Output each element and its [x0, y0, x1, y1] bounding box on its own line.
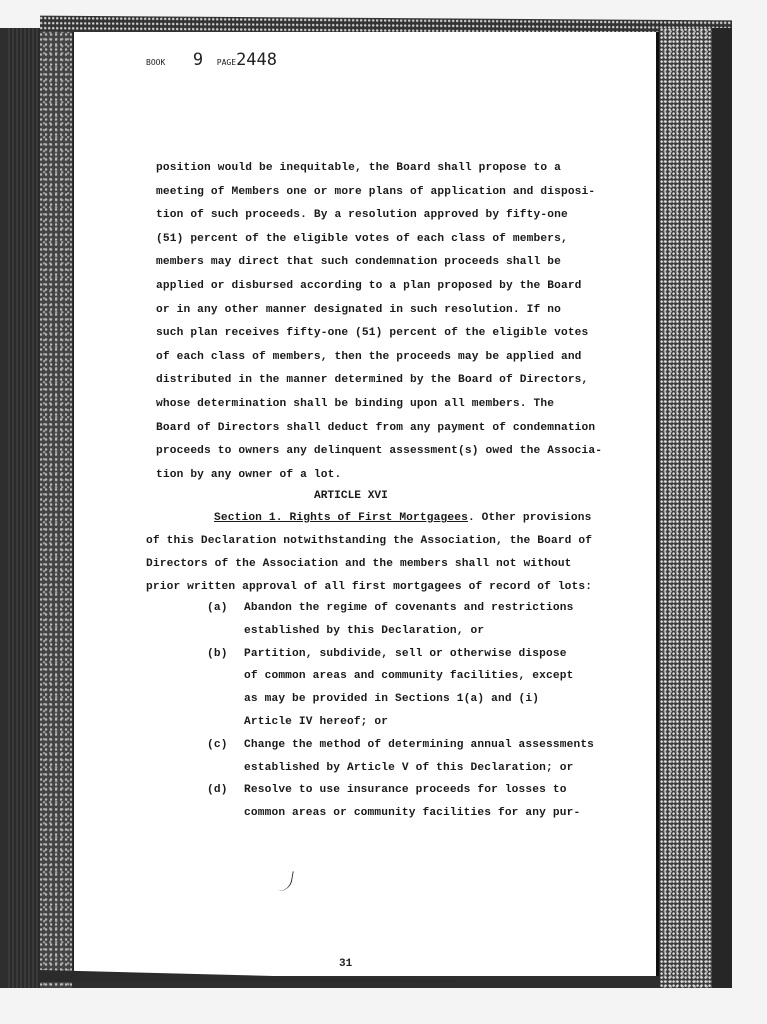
body-line: such plan receives fifty-one (51) percen… — [156, 327, 588, 339]
section-title: Section 1. Rights of First Mortgagees — [214, 512, 468, 524]
body-line: distributed in the manner determined by … — [156, 374, 588, 386]
section-line: prior written approval of all first mort… — [146, 581, 592, 593]
list-item-line: as may be provided in Sections 1(a) and … — [244, 693, 539, 705]
article-heading: ARTICLE XVI — [314, 490, 388, 502]
list-item-line: common areas or community facilities for… — [244, 807, 580, 819]
body-line: tion of such proceeds. By a resolution a… — [156, 209, 568, 221]
list-item-line: established by Article V of this Declara… — [244, 762, 573, 774]
body-line: Board of Directors shall deduct from any… — [156, 422, 595, 434]
section-line: of this Declaration notwithstanding the … — [146, 535, 592, 547]
list-item-label: (c) — [207, 739, 228, 751]
body-line: position would be inequitable, the Board… — [156, 162, 561, 174]
section-first-line: Section 1. Rights of First Mortgagees. O… — [214, 512, 592, 524]
book-label: BOOK — [146, 58, 165, 67]
body-line: of each class of members, then the proce… — [156, 351, 582, 363]
list-item-line: Resolve to use insurance proceeds for lo… — [244, 784, 567, 796]
list-item-line: established by this Declaration, or — [244, 625, 484, 637]
list-item-line: Change the method of determining annual … — [244, 739, 594, 751]
body-line: members may direct that such condemnatio… — [156, 256, 561, 268]
scan-left-border — [40, 28, 72, 988]
scan-right-edge — [712, 28, 732, 988]
section-lead: . Other provisions — [468, 512, 592, 524]
document-page: BOOK 9 PAGE2448 position would be inequi… — [73, 32, 659, 976]
book-page-stamp: BOOK 9 PAGE2448 — [146, 50, 277, 70]
recording-page-number: 2448 — [236, 50, 277, 70]
list-item-line: Abandon the regime of covenants and rest… — [244, 602, 573, 614]
list-item-label: (b) — [207, 648, 228, 660]
body-line: or in any other manner designated in suc… — [156, 304, 561, 316]
stray-pen-mark — [277, 869, 294, 893]
body-line: whose determination shall be binding upo… — [156, 398, 554, 410]
section-line: Directors of the Association and the mem… — [146, 558, 572, 570]
page-label: PAGE — [217, 58, 236, 67]
body-line: applied or disbursed according to a plan… — [156, 280, 582, 292]
body-line: proceeds to owners any delinquent assess… — [156, 445, 602, 457]
list-item-line: Article IV hereof; or — [244, 716, 388, 728]
scan-right-border — [660, 28, 712, 988]
page-footer-number: 31 — [339, 958, 352, 970]
body-line: meeting of Members one or more plans of … — [156, 186, 595, 198]
list-item-line: Partition, subdivide, sell or otherwise … — [244, 648, 567, 660]
body-line: (51) percent of the eligible votes of ea… — [156, 233, 568, 245]
book-number: 9 — [193, 50, 203, 70]
body-line: tion by any owner of a lot. — [156, 469, 341, 481]
list-item-label: (d) — [207, 784, 228, 796]
list-item-line: of common areas and community facilities… — [244, 670, 573, 682]
list-item-label: (a) — [207, 602, 228, 614]
